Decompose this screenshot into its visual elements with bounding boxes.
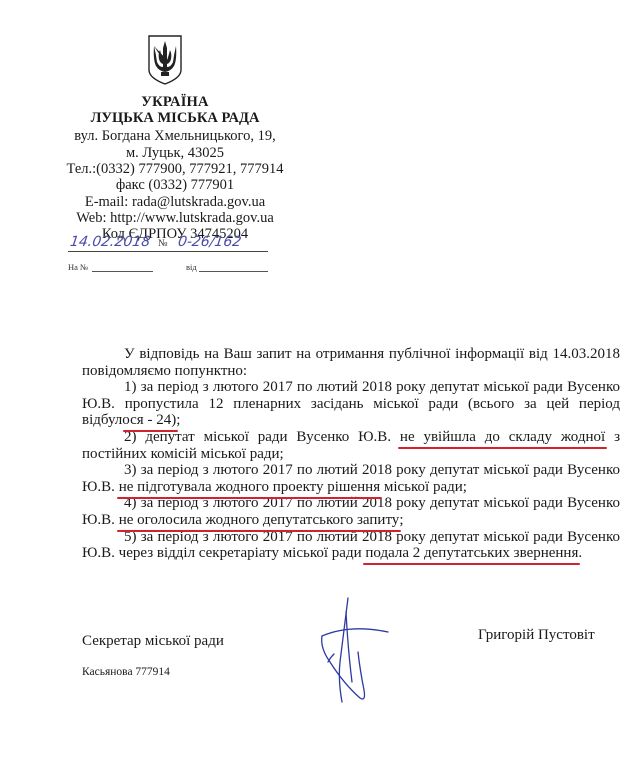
reference-number-blank	[92, 271, 153, 272]
registration-number: 0-26/162	[177, 234, 242, 250]
website: Web: http://www.lutskrada.gov.ua	[60, 210, 290, 226]
item-3-highlight: не підготувала жодного проекту рішення	[119, 479, 380, 495]
executor: Касьянова 777914	[82, 666, 170, 678]
signatory-position: Секретар міської ради	[82, 633, 224, 650]
item-4-highlight: не оголосила жодного депутатського запит…	[119, 512, 400, 528]
item-2-highlight: не увійшла до складу жодної	[400, 429, 605, 445]
letter-body: У відповідь на Ваш запит на отримання пу…	[82, 346, 620, 562]
signatory-name: Григорій Пустовіт	[478, 627, 595, 644]
letterhead-organization: ЛУЦЬКА МІСЬКА РАДА	[60, 110, 290, 127]
item-1-end: ;	[176, 412, 180, 428]
fax: факс (0332) 777901	[60, 177, 290, 193]
reference-line: На № від	[68, 262, 268, 276]
address-city: м. Луцьк, 43025	[60, 145, 290, 161]
reference-date-blank	[199, 271, 268, 272]
item-2: 2) депутат міської ради Вусенко Ю.В. не …	[82, 429, 620, 462]
reference-number-label: На №	[68, 262, 88, 272]
registration-date: 14.02.2018	[69, 234, 151, 250]
registration-number-label: №	[158, 238, 168, 249]
registration-underline	[68, 251, 268, 252]
item-1: 1) за період з лютого 2017 по лютий 2018…	[82, 379, 620, 429]
item-3: 3) за період з лютого 2017 по лютий 2018…	[82, 462, 620, 495]
item-4-end: ;	[399, 512, 403, 528]
item-5-highlight: подала 2 депутатських звернення	[365, 545, 578, 561]
handwritten-signature-icon	[300, 590, 440, 710]
intro-paragraph: У відповідь на Ваш запит на отримання пу…	[82, 346, 620, 379]
address-street: вул. Богдана Хмельницького, 19,	[60, 128, 290, 144]
item-5-end: .	[578, 545, 582, 561]
item-3-end: міської ради;	[380, 479, 467, 495]
item-4: 4) за період з лютого 2017 по лютий 2018…	[82, 495, 620, 528]
email: E-mail: rada@lutskrada.gov.ua	[60, 194, 290, 210]
trident-coat-of-arms-icon	[146, 34, 184, 86]
registration-line: 14.02.2018 № 0-26/162	[68, 234, 268, 254]
letterhead-country: УКРАЇНА	[60, 94, 290, 111]
item-5: 5) за період з лютого 2017 по лютий 2018…	[82, 529, 620, 562]
phones: Тел.:(0332) 777900, 777921, 777914	[60, 161, 290, 177]
reference-date-label: від	[186, 262, 197, 272]
item-1-highlight: пропустила 12 пленарних засідань міської…	[82, 396, 620, 429]
